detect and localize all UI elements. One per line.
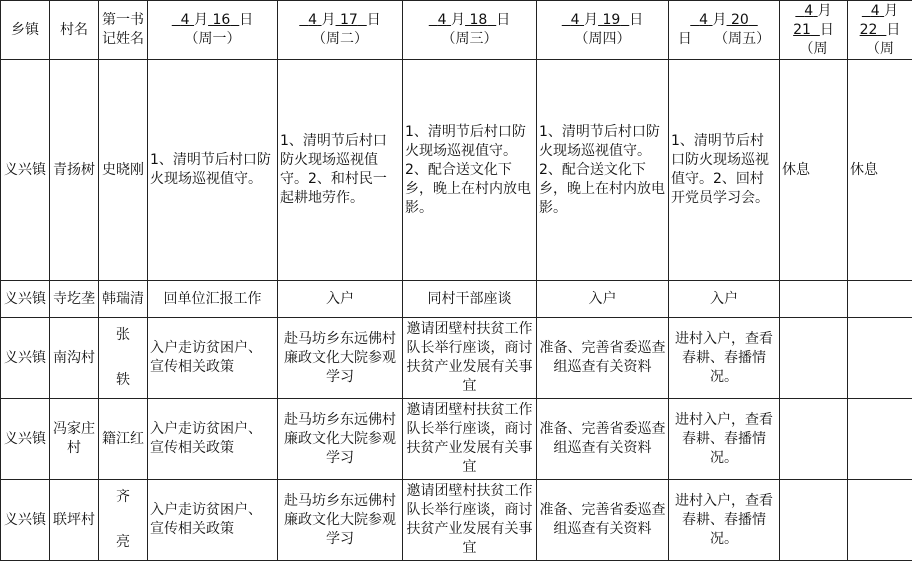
header-township: 乡镇 [1,1,50,60]
header-day-20: 4 月 20 日 （周五） [669,1,780,60]
cell-plan: 进村入户，查看春耕、春播情况。 [669,318,780,399]
header-day-18: 4 月 18 日 （周三） [403,1,537,60]
cell-plan: 1、清明节后村口防火现场巡视值守。2、配合送文化下乡，晚上在村内放电影。 [403,60,537,281]
cell-plan: 邀请团壁村扶贫工作队长举行座谈，商讨扶贫产业发展有关事宜 [403,399,537,480]
cell-plan: 1、清明节后村口防火现场巡视值守。 [148,60,278,281]
cell-secretary: 史晓刚 [99,60,148,281]
cell-plan [780,399,848,480]
cell-plan: 邀请团壁村扶贫工作队长举行座谈，商讨扶贫产业发展有关事宜 [403,318,537,399]
cell-plan: 准备、完善省委巡查组巡查有关资料 [537,480,669,561]
cell-plan [848,281,912,318]
cell-plan: 进村入户，查看春耕、春播情况。 [669,399,780,480]
cell-village: 南沟村 [50,318,99,399]
cell-secretary: 韩瑞清 [99,281,148,318]
cell-plan: 1、清明节后村口防火现场巡视值守。2、配合送文化下乡，晚上在村内放电影。 [537,60,669,281]
cell-village: 青扬树 [50,60,99,281]
cell-plan: 同村干部座谈 [403,281,537,318]
cell-township: 义兴镇 [1,480,50,561]
cell-plan: 回单位汇报工作 [148,281,278,318]
cell-plan: 准备、完善省委巡查组巡查有关资料 [537,318,669,399]
cell-plan: 赴马坊乡东远佛村廉政文化大院参观学习 [278,480,403,561]
header-row: 乡镇 村名 第一书记姓名 4 月 16 日 （周一） 4 月 17 日 （周二）… [1,1,912,60]
cell-plan: 赴马坊乡东远佛村廉政文化大院参观学习 [278,399,403,480]
cell-plan: 入户 [669,281,780,318]
cell-secretary: 籍江红 [99,399,148,480]
header-day-19: 4 月 19 日 （周四） [537,1,669,60]
cell-plan: 邀请团壁村扶贫工作队长举行座谈，商讨扶贫产业发展有关事宜 [403,480,537,561]
cell-plan: 入户走访贫困户、宣传相关政策 [148,318,278,399]
table-row: 义兴镇 南沟村 张轶 入户走访贫困户、宣传相关政策 赴马坊乡东远佛村廉政文化大院… [1,318,912,399]
cell-township: 义兴镇 [1,60,50,281]
header-day-17: 4 月 17 日 （周二） [278,1,403,60]
cell-plan: 入户走访贫困户、宣传相关政策 [148,399,278,480]
cell-plan: 入户 [537,281,669,318]
cell-township: 义兴镇 [1,281,50,318]
table-row: 义兴镇 寺圪垄 韩瑞清 回单位汇报工作 入户 同村干部座谈 入户 入户 [1,281,912,318]
cell-plan [780,480,848,561]
work-schedule-table: 乡镇 村名 第一书记姓名 4 月 16 日 （周一） 4 月 17 日 （周二）… [0,0,912,561]
header-secretary: 第一书记姓名 [99,1,148,60]
cell-plan: 入户走访贫困户、宣传相关政策 [148,480,278,561]
header-day-22: 4 月 22 日 （周 [848,1,912,60]
header-day-16: 4 月 16 日 （周一） [148,1,278,60]
cell-plan: 赴马坊乡东远佛村廉政文化大院参观学习 [278,318,403,399]
header-village: 村名 [50,1,99,60]
cell-township: 义兴镇 [1,399,50,480]
table-row: 义兴镇 青扬树 史晓刚 1、清明节后村口防火现场巡视值守。 1、清明节后村口防火… [1,60,912,281]
cell-plan [848,399,912,480]
cell-village: 冯家庄村 [50,399,99,480]
cell-plan [780,281,848,318]
cell-secretary: 齐亮 [99,480,148,561]
table-row: 义兴镇 冯家庄村 籍江红 入户走访贫困户、宣传相关政策 赴马坊乡东远佛村廉政文化… [1,399,912,480]
cell-plan: 休息 [848,60,912,281]
cell-plan [848,318,912,399]
cell-plan: 准备、完善省委巡查组巡查有关资料 [537,399,669,480]
cell-plan: 1、清明节后村口防火现场巡视值守。2、和村民一起耕地劳作。 [278,60,403,281]
cell-village: 联坪村 [50,480,99,561]
cell-township: 义兴镇 [1,318,50,399]
cell-plan [848,480,912,561]
cell-village: 寺圪垄 [50,281,99,318]
cell-plan [780,318,848,399]
cell-plan: 休息 [780,60,848,281]
cell-plan: 进村入户，查看春耕、春播情况。 [669,480,780,561]
cell-plan: 1、清明节后村口防火现场巡视值守。2、回村开党员学习会。 [669,60,780,281]
cell-plan: 入户 [278,281,403,318]
cell-secretary: 张轶 [99,318,148,399]
header-day-21: 4 月 21 日 （周 [780,1,848,60]
table-row: 义兴镇 联坪村 齐亮 入户走访贫困户、宣传相关政策 赴马坊乡东远佛村廉政文化大院… [1,480,912,561]
